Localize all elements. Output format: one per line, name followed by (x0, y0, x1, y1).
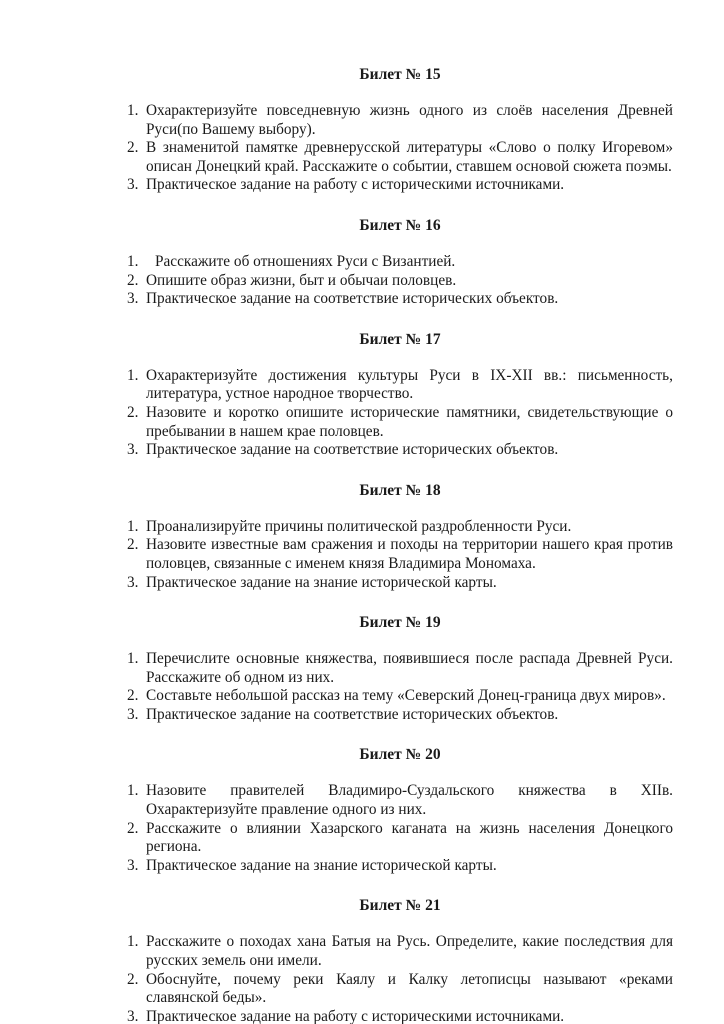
question-list: 1. Охарактеризуйте достижения культуры Р… (127, 367, 673, 460)
question-number: 1. (127, 102, 138, 121)
question-item: 3. Практическое задание на работу с исто… (127, 176, 673, 195)
question-text: Перечислите основные княжества, появивши… (146, 650, 673, 687)
question-number: 2. (127, 536, 138, 555)
question-text: Расскажите об отношениях Руси с Византие… (146, 253, 673, 272)
question-list: 1. Расскажите о походах хана Батыя на Ру… (127, 933, 673, 1024)
question-text: Практическое задание на соответствие ист… (146, 441, 673, 460)
ticket-title: Билет № 18 (127, 482, 673, 500)
question-text: Назовите правителей Владимиро-Суздальско… (146, 782, 673, 819)
question-number: 1. (127, 253, 138, 272)
question-number: 2. (127, 687, 138, 706)
question-number: 3. (127, 706, 138, 725)
question-number: 2. (127, 404, 138, 423)
question-text: Расскажите о походах хана Батыя на Русь.… (146, 933, 673, 970)
question-item: 2. Назовите известные вам сражения и пох… (127, 536, 673, 573)
question-number: 2. (127, 971, 138, 990)
question-item: 1. Назовите правителей Владимиро-Суздаль… (127, 782, 673, 819)
question-item: 2. Расскажите о влиянии Хазарского каган… (127, 820, 673, 857)
ticket-21: Билет № 21 1. Расскажите о походах хана … (127, 897, 673, 1024)
question-item: 1. Перечислите основные княжества, появи… (127, 650, 673, 687)
ticket-20: Билет № 20 1. Назовите правителей Владим… (127, 746, 673, 875)
question-item: 3. Практическое задание на знание истори… (127, 857, 673, 876)
question-number: 1. (127, 933, 138, 952)
question-item: 2. Составьте небольшой рассказ на тему «… (127, 687, 673, 706)
question-number: 3. (127, 176, 138, 195)
ticket-title: Билет № 19 (127, 614, 673, 632)
question-text: Расскажите о влиянии Хазарского каганата… (146, 820, 673, 857)
question-item: 1. Проанализируйте причины политической … (127, 518, 673, 537)
question-item: 3. Практическое задание на соответствие … (127, 706, 673, 725)
question-list: 1. Охарактеризуйте повседневную жизнь од… (127, 102, 673, 195)
question-number: 3. (127, 290, 138, 309)
question-item: 1. Охарактеризуйте повседневную жизнь од… (127, 102, 673, 139)
question-text: В знаменитой памятке древнерусской литер… (146, 139, 673, 176)
section-spacer (127, 460, 673, 482)
question-number: 2. (127, 272, 138, 291)
question-number: 2. (127, 139, 138, 158)
question-number: 2. (127, 820, 138, 839)
section-spacer (127, 195, 673, 217)
question-item: 3. Практическое задание на знание истори… (127, 574, 673, 593)
ticket-title: Билет № 21 (127, 897, 673, 915)
question-text: Практическое задание на работу с историч… (146, 176, 673, 195)
ticket-17: Билет № 17 1. Охарактеризуйте достижения… (127, 331, 673, 460)
question-item: 3. Практическое задание на соответствие … (127, 290, 673, 309)
question-item: 2. В знаменитой памятке древнерусской ли… (127, 139, 673, 176)
question-text: Назовите и коротко опишите исторические … (146, 404, 673, 441)
section-spacer (127, 724, 673, 746)
question-text: Практическое задание на соответствие ист… (146, 290, 673, 309)
question-text: Практическое задание на соответствие ист… (146, 706, 673, 725)
question-text: Назовите известные вам сражения и походы… (146, 536, 673, 573)
document-page: Билет № 15 1. Охарактеризуйте повседневн… (127, 66, 673, 1024)
ticket-title: Билет № 20 (127, 746, 673, 764)
question-text: Практическое задание на работу с историч… (146, 1008, 673, 1024)
question-item: 3. Практическое задание на работу с исто… (127, 1008, 673, 1024)
question-list: 1. Назовите правителей Владимиро-Суздаль… (127, 782, 673, 875)
question-item: 1. Охарактеризуйте достижения культуры Р… (127, 367, 673, 404)
ticket-18: Билет № 18 1. Проанализируйте причины по… (127, 482, 673, 592)
question-item: 2. Обоснуйте, почему реки Каялу и Калку … (127, 971, 673, 1008)
question-number: 3. (127, 441, 138, 460)
question-number: 1. (127, 782, 138, 801)
question-number: 3. (127, 574, 138, 593)
question-item: 2. Назовите и коротко опишите историческ… (127, 404, 673, 441)
question-text: Практическое задание на знание историчес… (146, 857, 673, 876)
section-spacer (127, 875, 673, 897)
question-number: 1. (127, 518, 138, 537)
ticket-15: Билет № 15 1. Охарактеризуйте повседневн… (127, 66, 673, 195)
ticket-16: Билет № 16 1. Расскажите об отношениях Р… (127, 217, 673, 309)
question-item: 3. Практическое задание на соответствие … (127, 441, 673, 460)
question-text: Практическое задание на знание историчес… (146, 574, 673, 593)
question-text: Составьте небольшой рассказ на тему «Сев… (146, 687, 673, 706)
question-list: 1. Проанализируйте причины политической … (127, 518, 673, 592)
question-text: Проанализируйте причины политической раз… (146, 518, 673, 537)
question-list: 1. Перечислите основные княжества, появи… (127, 650, 673, 724)
question-text: Охарактеризуйте повседневную жизнь одног… (146, 102, 673, 139)
question-number: 1. (127, 367, 138, 386)
question-text: Опишите образ жизни, быт и обычаи половц… (146, 272, 673, 291)
question-text: Обоснуйте, почему реки Каялу и Калку лет… (146, 971, 673, 1008)
question-text: Охарактеризуйте достижения культуры Руси… (146, 367, 673, 404)
question-number: 3. (127, 857, 138, 876)
section-spacer (127, 592, 673, 614)
ticket-title: Билет № 16 (127, 217, 673, 235)
ticket-title: Билет № 15 (127, 66, 673, 84)
ticket-title: Билет № 17 (127, 331, 673, 349)
question-number: 3. (127, 1008, 138, 1024)
ticket-19: Билет № 19 1. Перечислите основные княже… (127, 614, 673, 724)
section-spacer (127, 309, 673, 331)
question-number: 1. (127, 650, 138, 669)
question-list: 1. Расскажите об отношениях Руси с Визан… (127, 253, 673, 309)
question-item: 1. Расскажите об отношениях Руси с Визан… (127, 253, 673, 272)
question-item: 1. Расскажите о походах хана Батыя на Ру… (127, 933, 673, 970)
question-item: 2. Опишите образ жизни, быт и обычаи пол… (127, 272, 673, 291)
